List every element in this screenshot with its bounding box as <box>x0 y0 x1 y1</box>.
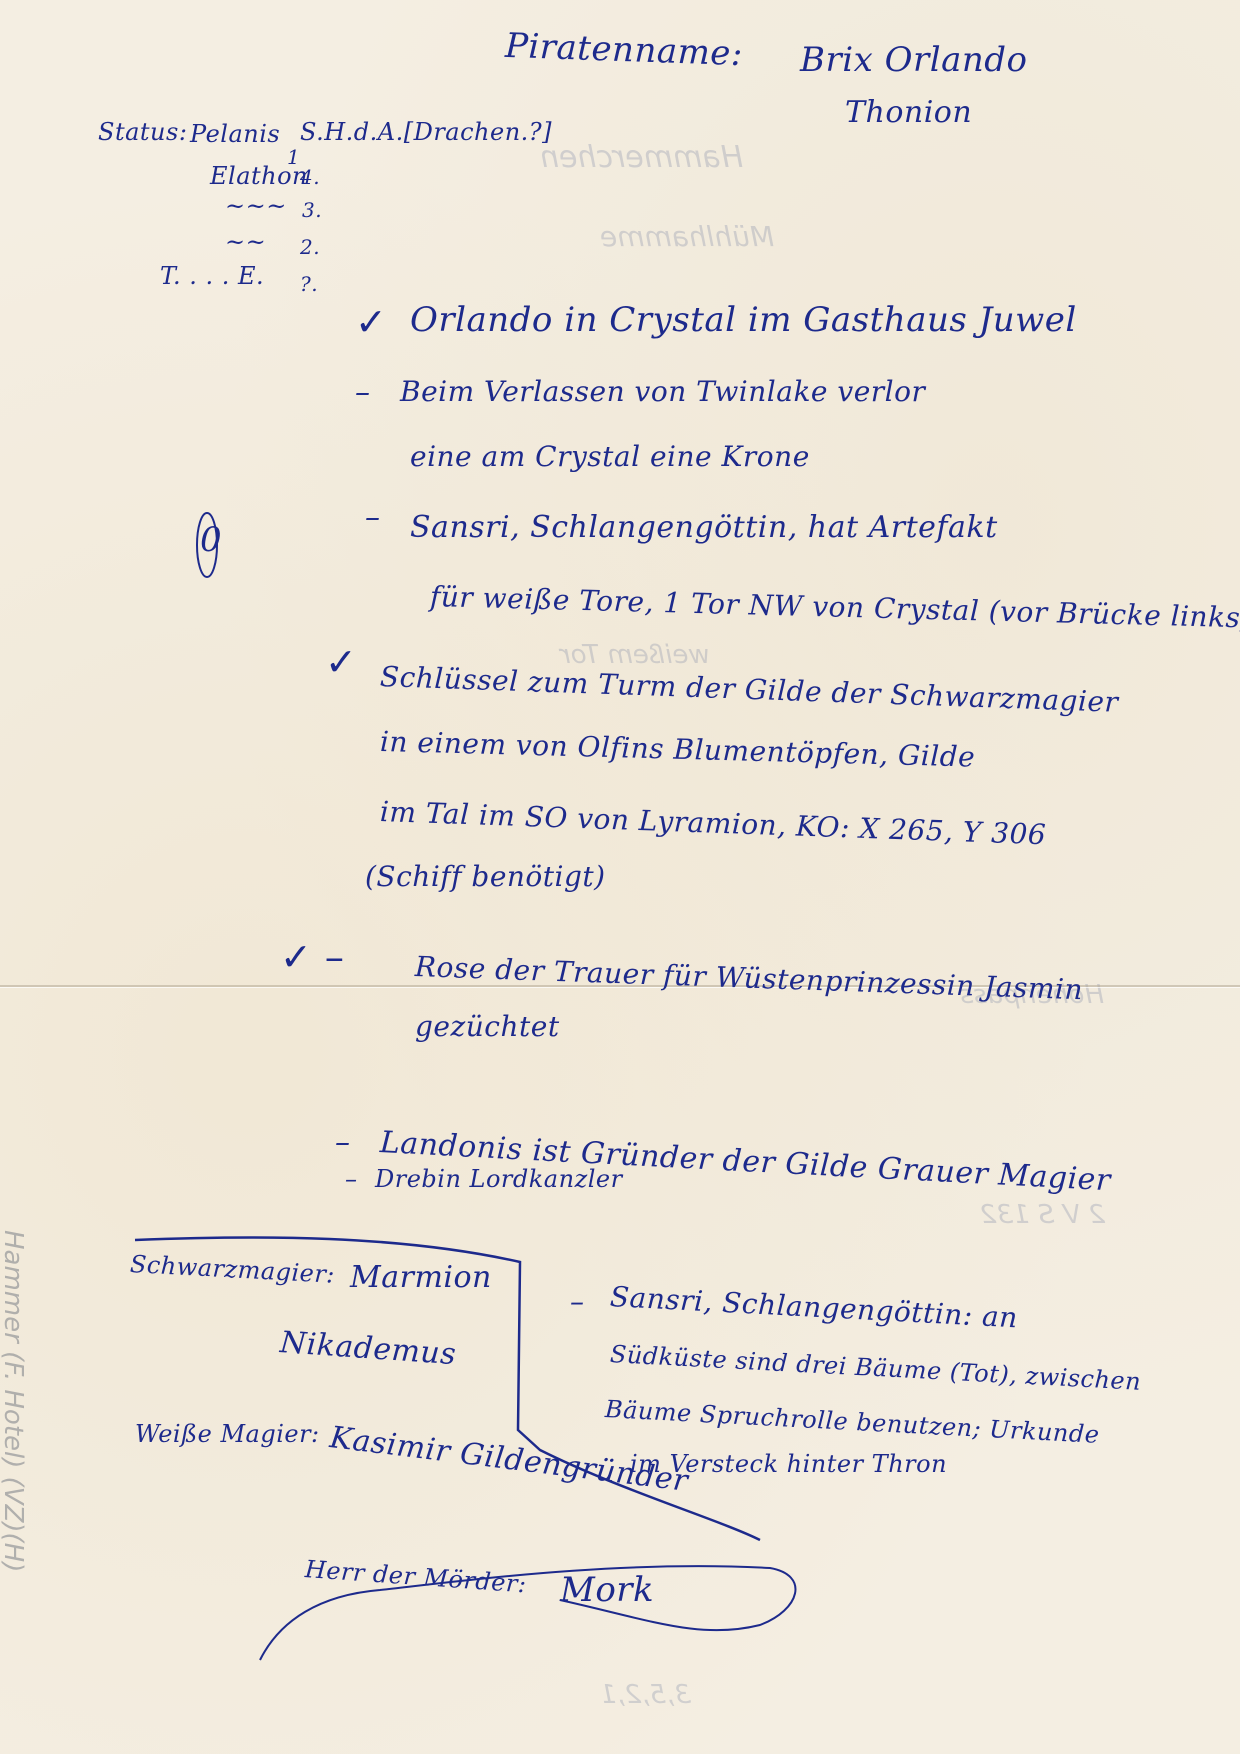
dash-icon: – <box>355 375 371 410</box>
white-mages-label: Weiße Magier: <box>135 1420 320 1448</box>
note-5-line-1: Rose der Trauer für Wüstenprinzessin Jas… <box>414 950 1083 1006</box>
bleed-through-text: 3,5,2,1 <box>600 1680 691 1710</box>
bleed-through-text: weißem Tor <box>560 640 710 670</box>
status-name-2: Elathon <box>210 162 308 190</box>
note-4-line-3: im Tal im SO von Lyramion, KO: X 265, Y … <box>379 795 1046 851</box>
note-4-line-2: in einem von Olfins Blumentöpfen, Gilde <box>380 725 976 774</box>
bleed-through-text: 2 V S 132 <box>980 1200 1105 1230</box>
status-te-rank: ?. <box>300 272 318 296</box>
pirate-name-value-2: Thonion <box>845 95 972 130</box>
checkmark-dash-icon: ✓ – <box>280 935 344 979</box>
murderers-label: Herr der Mörder: <box>304 1555 527 1598</box>
dash-icon: – <box>365 500 381 535</box>
white-mage-name: Kasimir Gildengründer <box>328 1420 690 1499</box>
status-name-3: ~~~ <box>225 192 287 220</box>
status-rank-2: 4. <box>300 165 320 189</box>
black-mage-1: Marmion <box>350 1260 492 1295</box>
circle-marker-icon: 0 <box>200 520 222 560</box>
dash-icon: – <box>345 1165 358 1193</box>
status-rank-4: 2. <box>300 235 320 259</box>
handwritten-note-page: Hammerchen Mühlhamme weißem Tor Hohenpas… <box>0 0 1240 1754</box>
note-4-line-4: (Schiff benötigt) <box>365 860 606 893</box>
note-3-line-2: für weiße Tore, 1 Tor NW von Crystal (vo… <box>430 580 1240 635</box>
dash-icon: – <box>335 1125 351 1160</box>
murderers-name: Mork <box>560 1570 654 1610</box>
checkmark-icon: ✓ <box>355 300 387 344</box>
status-te: T. . . . E. <box>160 262 264 290</box>
pirate-name-label: Piratenname: <box>504 26 743 74</box>
pirate-name-value: Brix Orlando <box>800 40 1028 80</box>
note-3-line-1: Sansri, Schlangengöttin, hat Artefakt <box>410 510 998 545</box>
note-5-line-2: gezüchtet <box>415 1010 560 1043</box>
note-2-line-2: eine am Crystal eine Krone <box>410 440 810 473</box>
checkmark-icon: ✓ <box>325 640 357 684</box>
dash-icon: – <box>570 1285 585 1318</box>
black-mages-label: Schwarzmagier: <box>129 1250 335 1289</box>
margin-pencil-note: Hammer (F. Hotel) (VZ)(H) <box>0 1230 28 1572</box>
note-4-line-1: Schlüssel zum Turm der Gilde der Schwarz… <box>379 660 1119 719</box>
black-mage-2: Nikademus <box>279 1325 458 1372</box>
bleed-through-text: Hammerchen <box>540 140 743 175</box>
note-8-line-1: Sansri, Schlangengöttin: an <box>609 1280 1019 1334</box>
note-7-text: Drebin Lordkanzler <box>375 1165 623 1193</box>
status-note-1: S.H.d.A.[Drachen.?] <box>300 118 552 146</box>
status-name-1: Pelanis <box>190 120 280 148</box>
note-1-text: Orlando in Crystal im Gasthaus Juwel <box>410 300 1077 340</box>
note-8-line-3: Bäume Spruchrolle benutzen; Urkunde <box>604 1395 1100 1449</box>
status-name-4: ~~ <box>225 228 266 256</box>
status-label: Status: <box>98 118 187 146</box>
status-rank-3: 3. <box>302 198 322 222</box>
note-2-line-1: Beim Verlassen von Twinlake verlor <box>400 375 925 408</box>
bleed-through-text: Mühlhamme <box>600 220 774 253</box>
note-8-line-2: Südküste sind drei Bäume (Tot), zwischen <box>609 1340 1142 1396</box>
